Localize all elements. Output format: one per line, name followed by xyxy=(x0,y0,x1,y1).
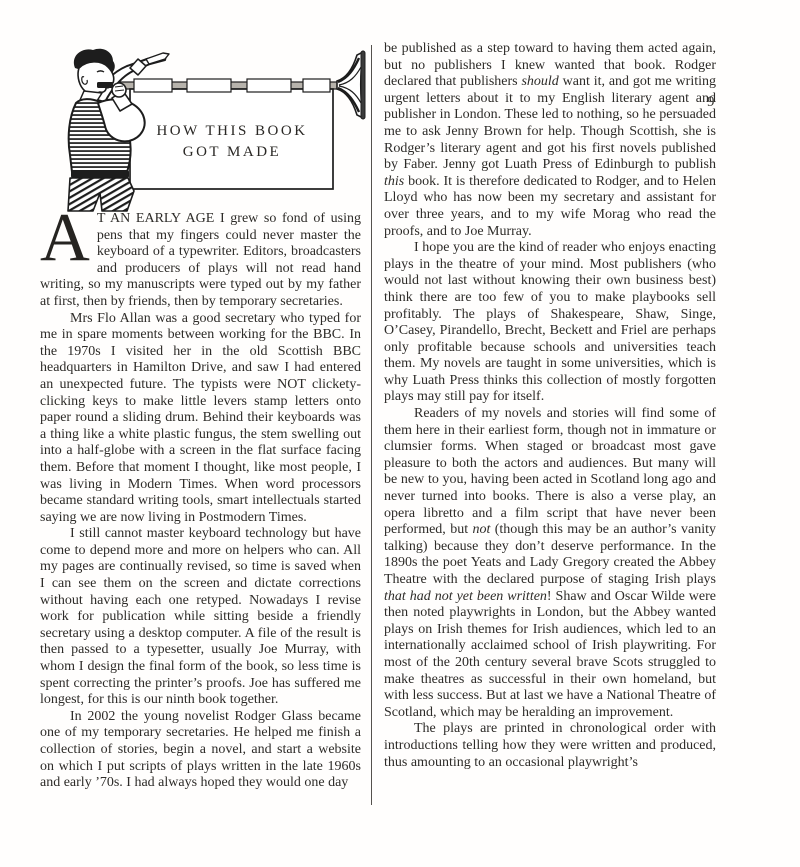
banner-graphic: HOW THIS BOOK GOT MADE xyxy=(130,79,333,189)
paragraph: AT AN EARLY AGE I grew so fond of using … xyxy=(40,211,361,311)
text-run: this xyxy=(384,174,404,189)
text-run: I still cannot master keyboard technolog… xyxy=(40,526,361,707)
man-blowing-horn-illustration: HOW THIS BOOK GOT MADE xyxy=(35,45,375,213)
text-run: Mrs Flo Allan was a good secretary who t… xyxy=(40,311,361,525)
text-run: should xyxy=(521,74,558,89)
drop-cap: A xyxy=(40,212,97,262)
text-run: Readers of my novels and stories will fi… xyxy=(384,406,716,537)
text-run: that had not yet been written xyxy=(384,589,547,604)
text-run: ! Shaw and Oscar Wilde were then noted p… xyxy=(384,589,716,720)
text-run: The plays are printed in chronological o… xyxy=(384,721,716,769)
paragraph: The plays are printed in chronological o… xyxy=(384,721,716,771)
text-run: I hope you are the kind of reader who en… xyxy=(384,240,716,404)
paragraph: I hope you are the kind of reader who en… xyxy=(384,240,716,406)
horn-bell-graphic xyxy=(337,51,365,119)
paragraph: In 2002 the young novelist Rodger Glass … xyxy=(40,709,361,792)
column-divider-rule xyxy=(371,45,372,805)
left-text-column: AT AN EARLY AGE I grew so fond of using … xyxy=(40,211,361,792)
paragraph: Readers of my novels and stories will fi… xyxy=(384,406,716,721)
text-run: book. It is therefore dedicated to Rodge… xyxy=(384,174,716,239)
page-number: 9 xyxy=(707,94,715,111)
banner-title-line1: HOW THIS BOOK xyxy=(156,123,307,139)
banner-title-line2: GOT MADE xyxy=(183,144,281,160)
text-run: In 2002 the young novelist Rodger Glass … xyxy=(40,709,361,790)
text-run: not xyxy=(472,522,490,537)
right-text-column: be published as a step toward to having … xyxy=(384,41,716,771)
paragraph: I still cannot master keyboard technolog… xyxy=(40,526,361,709)
book-page: HOW THIS BOOK GOT MADE xyxy=(0,0,800,867)
paragraph: be published as a step toward to having … xyxy=(384,41,716,240)
paragraph: Mrs Flo Allan was a good secretary who t… xyxy=(40,311,361,527)
